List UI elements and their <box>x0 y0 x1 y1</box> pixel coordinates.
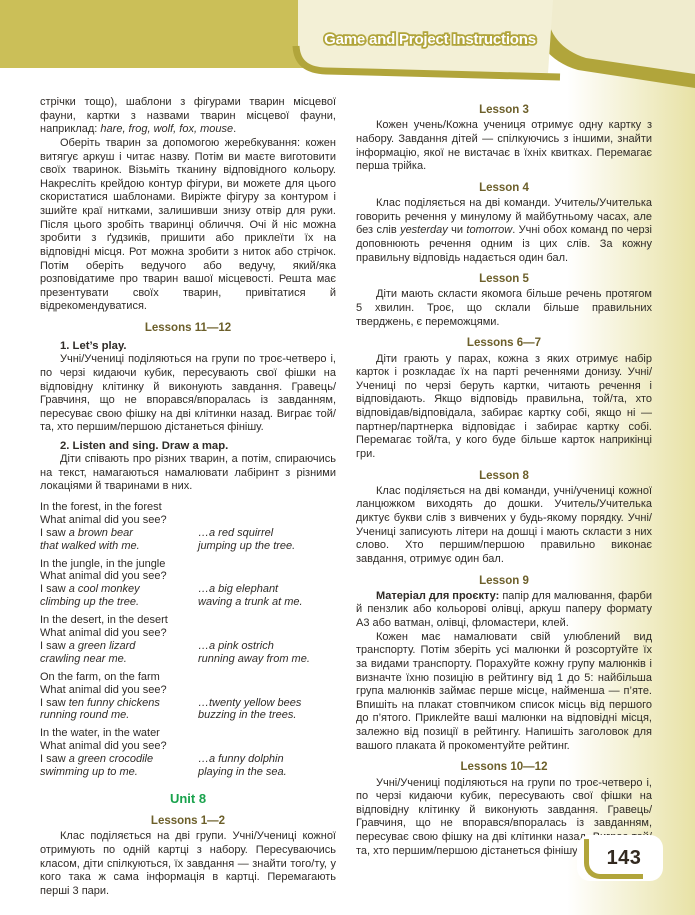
text-segment: …a funny dolphin <box>198 753 284 765</box>
poem-line: What animal did you see? <box>40 684 198 697</box>
lesson-heading: Lesson 9 <box>356 574 652 588</box>
text-segment: jumping up the tree. <box>198 540 295 552</box>
text-segment: waving a trunk at me. <box>198 596 303 608</box>
text-segment: Діти співають про різних тварин, а потім… <box>40 453 336 492</box>
poem-line: running round me. <box>40 709 198 722</box>
text-segment: a brown bear <box>69 527 133 539</box>
text-segment: Діти грають у парах, кожна з яких отриму… <box>356 353 652 460</box>
poem-line: I saw a brown bear <box>40 527 198 540</box>
page-number-tab: 143 <box>577 835 663 881</box>
paragraph: Діти співають про різних тварин, а потім… <box>40 453 336 494</box>
text-segment: tomorrow <box>466 224 512 236</box>
header-olive-band <box>0 0 312 68</box>
text-segment: playing in the sea. <box>198 766 287 778</box>
text-segment: a cool monkey <box>69 583 140 595</box>
text-segment: that walked with me. <box>40 540 140 552</box>
text-segment: In the jungle, in the jungle <box>40 558 165 570</box>
poem-line: In the water, in the water <box>40 727 198 740</box>
text-segment: In the water, in the water <box>40 727 160 739</box>
poem-line: climbing up the tree. <box>40 596 198 609</box>
text-segment: running away from me. <box>198 653 310 665</box>
paragraph: Діти грають у парах, кожна з яких отриму… <box>356 353 652 462</box>
stanza-answer: …a pink ostrichrunning away from me. <box>198 614 336 666</box>
lesson-heading: Lessons 6—7 <box>356 336 652 350</box>
right-column: Lesson 3Кожен учень/Кожна учениця отриму… <box>356 96 652 898</box>
text-segment: . <box>233 123 236 135</box>
poem-line: I saw ten funny chickens <box>40 697 198 710</box>
poem: In the forest, in the forestWhat animal … <box>40 501 336 779</box>
stanza-question: In the forest, in the forestWhat animal … <box>40 501 198 553</box>
text-segment: I saw <box>40 753 69 765</box>
poem-line: I saw a cool monkey <box>40 583 198 596</box>
text-segment: I saw <box>40 527 69 539</box>
poem-line: swimming up to me. <box>40 766 198 779</box>
text-segment: In the desert, in the desert <box>40 614 168 626</box>
text-segment: a green crocodile <box>69 753 153 765</box>
lesson-heading: Lesson 5 <box>356 272 652 286</box>
paragraph: Учні/Учениці поділяються на групи по тро… <box>40 353 336 435</box>
text-segment: In the forest, in the forest <box>40 501 162 513</box>
stanza-question: In the water, in the waterWhat animal di… <box>40 727 198 779</box>
poem-line: …twenty yellow bees <box>198 697 336 710</box>
poem-stanza: On the farm, on the farmWhat animal did … <box>40 671 336 723</box>
poem-line: running away from me. <box>198 653 336 666</box>
poem-line: waving a trunk at me. <box>198 596 336 609</box>
poem-line: …a pink ostrich <box>198 640 336 653</box>
text-segment: yesterday <box>400 224 448 236</box>
paragraph: Клас поділяється на дві команди. Учитель… <box>356 197 652 265</box>
text-segment: What animal did you see? <box>40 740 167 752</box>
text-segment: …twenty yellow bees <box>198 697 301 709</box>
text-segment: Кожен учень/Кожна учениця отримує одну к… <box>356 119 652 172</box>
poem-stanza: In the water, in the waterWhat animal di… <box>40 727 336 779</box>
stanza-question: In the jungle, in the jungleWhat animal … <box>40 558 198 610</box>
poem-line: In the jungle, in the jungle <box>40 558 198 571</box>
stanza-answer: …a red squirreljumping up the tree. <box>198 501 336 553</box>
text-segment: …a red squirrel <box>198 527 273 539</box>
text-segment: On the farm, on the farm <box>40 671 160 683</box>
paragraph: Клас поділяється на дві команди, учні/уч… <box>356 485 652 567</box>
banner-title: Game and Project Instructions <box>324 31 536 48</box>
text-segment: чи <box>448 224 467 236</box>
stanza-answer: …a big elephantwaving a trunk at me. <box>198 558 336 610</box>
stanza-answer: …twenty yellow beesbuzzing in the trees. <box>198 671 336 723</box>
poem-line: What animal did you see? <box>40 627 198 640</box>
poem-line: What animal did you see? <box>40 570 198 583</box>
text-segment: swimming up to me. <box>40 766 138 778</box>
poem-line: In the desert, in the desert <box>40 614 198 627</box>
poem-line: …a funny dolphin <box>198 753 336 766</box>
stanza-question: In the desert, in the desertWhat animal … <box>40 614 198 666</box>
text-segment: hare, frog, wolf, fox, mouse <box>100 123 233 135</box>
lesson-heading: Lesson 8 <box>356 469 652 483</box>
page-number: 143 <box>577 835 663 881</box>
header-decoration <box>0 0 695 120</box>
left-column: стрічки тощо), шаблони з фігурами тварин… <box>40 96 336 898</box>
poem-line: …a big elephant <box>198 583 336 596</box>
stanza-question: On the farm, on the farmWhat animal did … <box>40 671 198 723</box>
text-segment: What animal did you see? <box>40 627 167 639</box>
text-segment: Учні/Учениці поділяються на групи по тро… <box>40 353 336 433</box>
page-banner: Game and Project Instructions Game and P… <box>312 31 548 48</box>
text-segment: running round me. <box>40 709 129 721</box>
poem-line: playing in the sea. <box>198 766 336 779</box>
poem-line: buzzing in the trees. <box>198 709 336 722</box>
text-segment: What animal did you see? <box>40 684 167 696</box>
text-segment: What animal did you see? <box>40 570 167 582</box>
lesson-heading: Lessons 1—2 <box>40 814 336 828</box>
text-segment: Матеріал для проєкту: <box>376 590 499 602</box>
task-heading: 2. Listen and sing. Draw a map. <box>40 439 336 453</box>
text-segment: …a big elephant <box>198 583 278 595</box>
text-segment: Кожен має намалювати свій улюблений вид … <box>356 631 652 752</box>
text-segment: I saw <box>40 697 69 709</box>
paragraph: Діти мають скласти якомога більше речень… <box>356 288 652 329</box>
poem-line: that walked with me. <box>40 540 198 553</box>
poem-stanza: In the jungle, in the jungleWhat animal … <box>40 558 336 610</box>
task-heading: 1. Let’s play. <box>40 339 336 353</box>
text-segment: Клас поділяється на дві групи. Учні/Учен… <box>40 830 336 897</box>
text-segment: crawling near me. <box>40 653 127 665</box>
poem-line: In the forest, in the forest <box>40 501 198 514</box>
poem-line: What animal did you see? <box>40 740 198 753</box>
text-segment: What animal did you see? <box>40 514 167 526</box>
text-segment: I saw <box>40 583 69 595</box>
poem-line: What animal did you see? <box>40 514 198 527</box>
paragraph: Матеріал для проєкту: папір для малюванн… <box>356 590 652 631</box>
paragraph: Оберіть тварин за допомогою жеребкування… <box>40 137 336 314</box>
text-segment: Оберіть тварин за допомогою жеребкування… <box>40 137 336 313</box>
text-segment: I saw <box>40 640 69 652</box>
poem-stanza: In the forest, in the forestWhat animal … <box>40 501 336 553</box>
poem-stanza: In the desert, in the desertWhat animal … <box>40 614 336 666</box>
page-content: стрічки тощо), шаблони з фігурами тварин… <box>40 96 652 898</box>
poem-line: On the farm, on the farm <box>40 671 198 684</box>
lesson-heading: Lessons 11—12 <box>40 321 336 335</box>
lesson-heading: Lessons 10—12 <box>356 760 652 774</box>
text-segment: Діти мають скласти якомога більше речень… <box>356 288 652 327</box>
poem-line: I saw a green crocodile <box>40 753 198 766</box>
lesson-heading: Lesson 4 <box>356 181 652 195</box>
poem-line: …a red squirrel <box>198 527 336 540</box>
text-segment: Клас поділяється на дві команди, учні/уч… <box>356 485 652 565</box>
text-segment: ten funny chickens <box>69 697 160 709</box>
text-segment: a green lizard <box>69 640 136 652</box>
poem-line: I saw a green lizard <box>40 640 198 653</box>
poem-line: crawling near me. <box>40 653 198 666</box>
paragraph: Кожен учень/Кожна учениця отримує одну к… <box>356 119 652 174</box>
text-segment: climbing up the tree. <box>40 596 139 608</box>
unit-heading: Unit 8 <box>40 791 336 807</box>
text-segment: …a pink ostrich <box>198 640 274 652</box>
paragraph: Клас поділяється на дві групи. Учні/Учен… <box>40 830 336 898</box>
text-segment: buzzing in the trees. <box>198 709 296 721</box>
paragraph: Кожен має намалювати свій улюблений вид … <box>356 631 652 754</box>
stanza-answer: …a funny dolphinplaying in the sea. <box>198 727 336 779</box>
poem-line: jumping up the tree. <box>198 540 336 553</box>
